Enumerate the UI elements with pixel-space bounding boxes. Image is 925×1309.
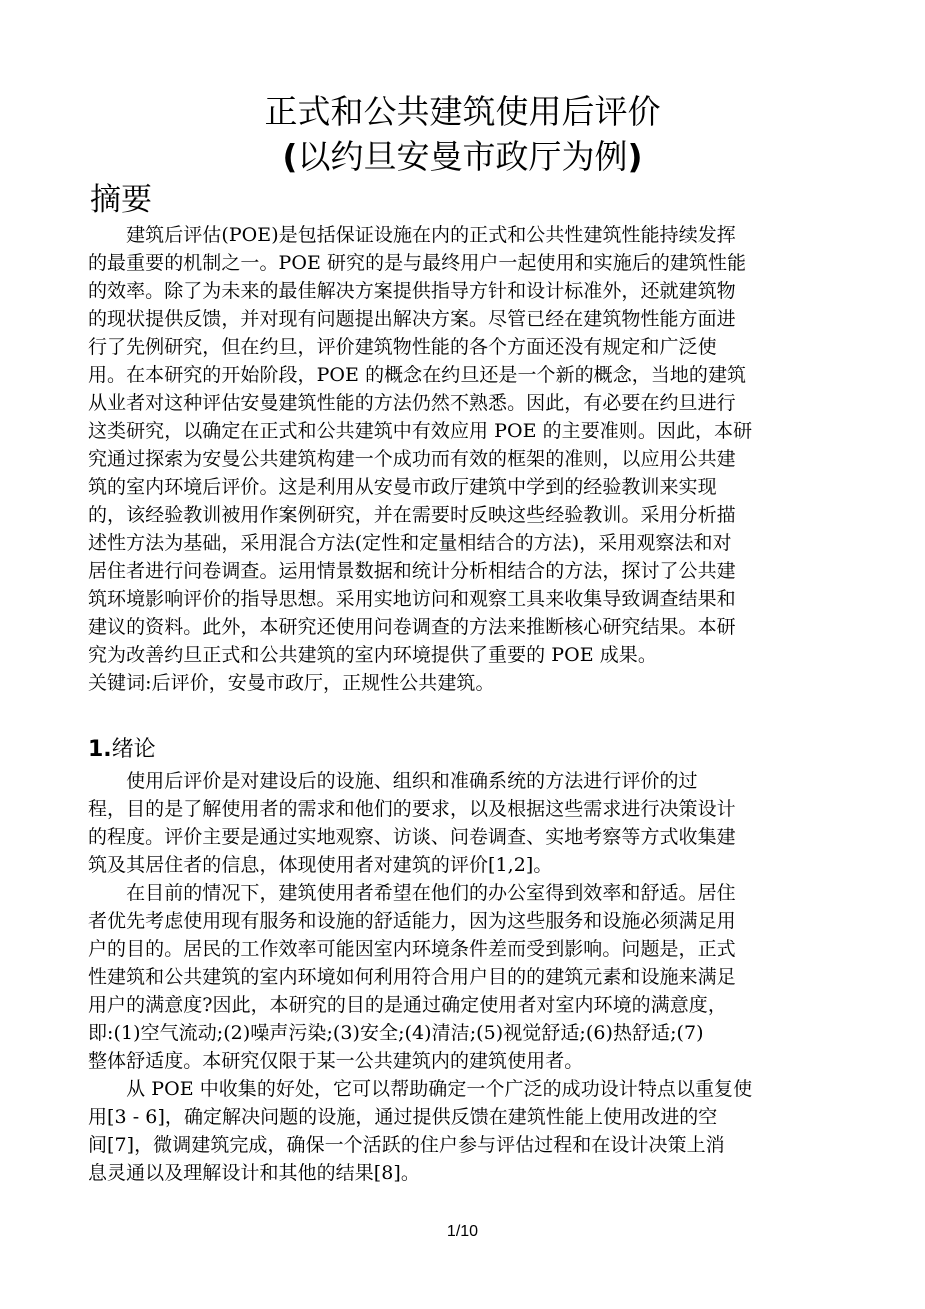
intro-line: 程，目的是了解使用者的需求和他们的要求，以及根据这些需求进行决策设计: [88, 795, 848, 823]
abstract-line: 建议的资料。此外，本研究还使用问卷调查的方法来推断核心研究结果。本研: [88, 613, 848, 641]
abstract-line: 居住者进行问卷调查。运用情景数据和统计分析相结合的方法，探讨了公共建: [88, 557, 848, 585]
abstract-line: 的，该经验教训被用作案例研究，并在需要时反映这些经验教训。采用分析描: [88, 501, 848, 529]
intro-line: 从 POE 中收集的好处，它可以帮助确定一个广泛的成功设计特点以重复使: [88, 1075, 848, 1103]
document-title-line-1: 正式和公共建筑使用后评价: [0, 92, 925, 132]
abstract-line: 究为改善约旦正式和公共建筑的室内环境提供了重要的 POE 成果。: [88, 641, 848, 669]
open-paren: (: [282, 137, 297, 176]
close-paren: ): [628, 137, 643, 176]
intro-line: 性建筑和公共建筑的室内环境如何利用符合用户目的的建筑元素和设施来满足: [88, 963, 848, 991]
abstract-line: 这类研究，以确定在正式和公共建筑中有效应用 POE 的主要准则。因此，本研: [88, 417, 848, 445]
intro-line: 息灵通以及理解设计和其他的结果[8]。: [88, 1159, 848, 1187]
abstract-line: 行了先例研究，但在约旦，评价建筑物性能的各个方面还没有规定和广泛使: [88, 333, 848, 361]
intro-line: 用[3 - 6]，确定解决问题的设施，通过提供反馈在建筑性能上使用改进的空: [88, 1103, 848, 1131]
abstract-line: 筑的室内环境后评价。这是利用从安曼市政厅建筑中学到的经验教训来实现: [88, 473, 848, 501]
intro-line: 整体舒适度。本研究仅限于某一公共建筑内的建筑使用者。: [88, 1047, 848, 1075]
abstract-line: 建筑后评估(POE)是包括保证设施在内的正式和公共性建筑性能持续发挥: [88, 221, 848, 249]
abstract-line: 的最重要的机制之一。POE 研究的是与最终用户一起使用和实施后的建筑性能: [88, 249, 848, 277]
keywords-line: 关键词:后评价，安曼市政厅，正规性公共建筑。: [88, 669, 848, 697]
document-title-line-2: (以约旦安曼市政厅为例): [0, 137, 925, 177]
section-heading-introduction: 1.绪论: [88, 735, 156, 765]
abstract-line: 用。在本研究的开始阶段，POE 的概念在约旦还是一个新的概念，当地的建筑: [88, 361, 848, 389]
subtitle-text: 以约旦安曼市政厅为例: [298, 137, 628, 176]
page-number: 1/10: [0, 1222, 925, 1242]
document-page: 正式和公共建筑使用后评价 (以约旦安曼市政厅为例) 摘要 建筑后评估(POE)是…: [0, 0, 925, 1309]
intro-line: 筑及其居住者的信息，体现使用者对建筑的评价[1,2]。: [88, 851, 848, 879]
intro-line: 使用后评价是对建设后的设施、组织和准确系统的方法进行评价的过: [88, 767, 848, 795]
intro-line: 户的目的。居民的工作效率可能因室内环境条件差而受到影响。问题是，正式: [88, 935, 848, 963]
abstract-line: 的效率。除了为未来的最佳解决方案提供指导方针和设计标准外，还就建筑物: [88, 277, 848, 305]
title-text: 正式和公共建筑使用后评价: [265, 92, 661, 131]
intro-line: 用户的满意度?因此，本研究的目的是通过确定使用者对室内环境的满意度，: [88, 991, 848, 1019]
section-number: 1.: [88, 737, 112, 762]
abstract-line: 筑环境影响评价的指导思想。采用实地访问和观察工具来收集导致调查结果和: [88, 585, 848, 613]
introduction-body: 使用后评价是对建设后的设施、组织和准确系统的方法进行评价的过 程，目的是了解使用…: [88, 767, 848, 1187]
intro-line: 的程度。评价主要是通过实地观察、访谈、问卷调查、实地考察等方式收集建: [88, 823, 848, 851]
intro-line: 在目前的情况下，建筑使用者希望在他们的办公室得到效率和舒适。居住: [88, 879, 848, 907]
intro-line: 即:(1)空气流动;(2)噪声污染;(3)安全;(4)清洁;(5)视觉舒适;(6…: [88, 1019, 848, 1047]
abstract-heading: 摘要: [90, 181, 152, 219]
intro-line: 者优先考虑使用现有服务和设施的舒适能力，因为这些服务和设施必须满足用: [88, 907, 848, 935]
abstract-line: 的现状提供反馈，并对现有问题提出解决方案。尽管已经在建筑物性能方面进: [88, 305, 848, 333]
section-title: 绪论: [112, 737, 156, 762]
abstract-line: 述性方法为基础，采用混合方法(定性和定量相结合的方法)，采用观察法和对: [88, 529, 848, 557]
abstract-body: 建筑后评估(POE)是包括保证设施在内的正式和公共性建筑性能持续发挥 的最重要的…: [88, 221, 848, 697]
abstract-line: 究通过探索为安曼公共建筑构建一个成功而有效的框架的准则，以应用公共建: [88, 445, 848, 473]
intro-line: 间[7]，微调建筑完成，确保一个活跃的住户参与评估过程和在设计决策上消: [88, 1131, 848, 1159]
abstract-line: 从业者对这种评估安曼建筑性能的方法仍然不熟悉。因此，有必要在约旦进行: [88, 389, 848, 417]
